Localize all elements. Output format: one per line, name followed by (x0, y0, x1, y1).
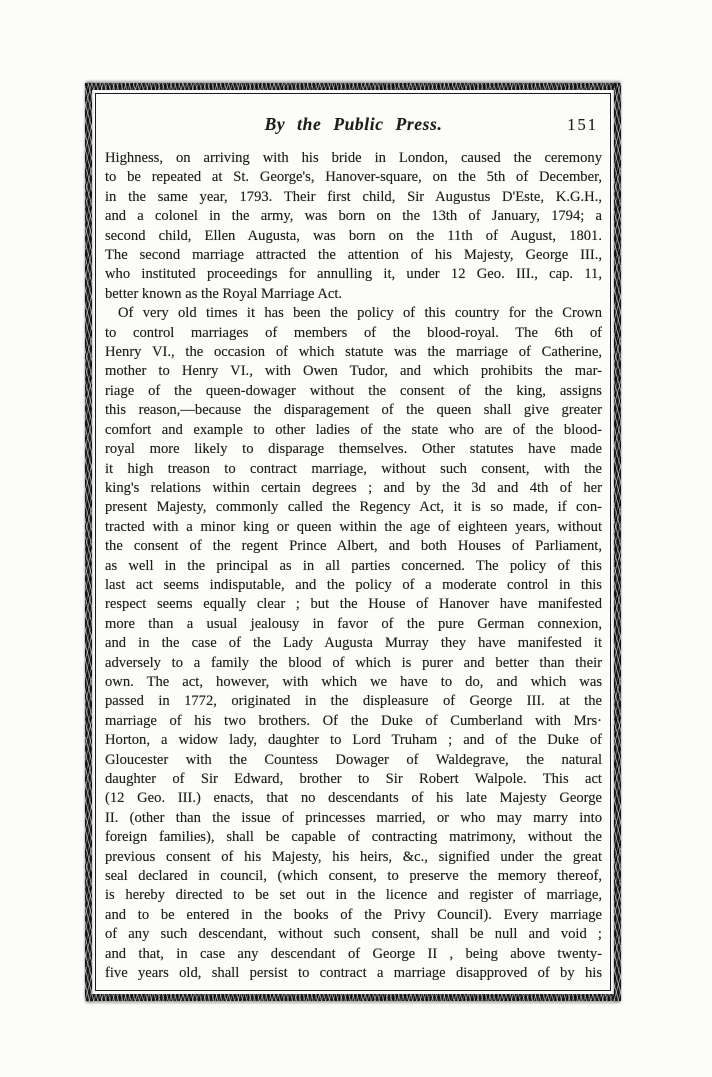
text-line: Of very old times it has been the policy… (105, 304, 602, 323)
text-line: marriage of his two brothers. Of the Duk… (105, 712, 602, 731)
border-ornament-bottom (85, 994, 621, 1001)
text-line: Henry VI., the occasion of which statute… (105, 343, 602, 362)
inner-rule-frame: By the Public Press. 151 Highness, on ar… (95, 93, 611, 991)
running-header: By the Public Press. 151 (107, 114, 600, 135)
text-line: it high treason to contract marriage, wi… (105, 460, 602, 479)
text-block: Highness, on arriving with his bride in … (105, 149, 602, 983)
text-line: second child, Ellen Augusta, was born on… (105, 227, 602, 246)
text-line: The second marriage attracted the attent… (105, 246, 602, 265)
text-line: more than a usual jealousy in favor of t… (105, 615, 602, 634)
text-line: and in the case of the Lady Augusta Murr… (105, 634, 602, 653)
text-line: previous consent of his Majesty, his hei… (105, 848, 602, 867)
text-line: better known as the Royal Marriage Act. (105, 285, 602, 304)
text-line: respect seems equally clear ; but the Ho… (105, 595, 602, 614)
text-line: royal more likely to disparage themselve… (105, 440, 602, 459)
text-line: comfort and example to other ladies of t… (105, 421, 602, 440)
text-line: mother to Henry VI., with Owen Tudor, an… (105, 362, 602, 381)
text-line: (12 Geo. III.) enacts, that no descendan… (105, 789, 602, 808)
text-line: and to be entered in the books of the Pr… (105, 906, 602, 925)
text-line: own. The act, however, with which we hav… (105, 673, 602, 692)
text-line: seal declared in council, (which consent… (105, 867, 602, 886)
text-line: king's relations within certain degrees … (105, 479, 602, 498)
book-page: By the Public Press. 151 Highness, on ar… (0, 0, 712, 1077)
text-line: adversely to a family the blood of which… (105, 654, 602, 673)
text-line: is hereby directed to be set out in the … (105, 886, 602, 905)
border-ornament-right (614, 83, 621, 1001)
text-line: of any such descendant, without such con… (105, 925, 602, 944)
text-line: and that, in case any descendant of Geor… (105, 945, 602, 964)
text-line: in the same year, 1793. Their first chil… (105, 188, 602, 207)
text-line: II. (other than the issue of princesses … (105, 809, 602, 828)
text-line: foreign families), shall be capable of c… (105, 828, 602, 847)
page-title: By the Public Press. (265, 114, 443, 135)
text-line: the consent of the regent Prince Albert,… (105, 537, 602, 556)
text-line: tracted with a minor king or queen withi… (105, 518, 602, 537)
text-line: Horton, a widow lady, daughter to Lord T… (105, 731, 602, 750)
text-line: this reason,—because the disparagement o… (105, 401, 602, 420)
text-line: and a colonel in the army, was born on t… (105, 207, 602, 226)
text-line: passed in 1772, originated in the disple… (105, 692, 602, 711)
border-ornament-top (85, 83, 621, 90)
text-line: as well in the principal as in all parti… (105, 557, 602, 576)
text-line: daughter of Sir Edward, brother to Sir R… (105, 770, 602, 789)
text-line: five years old, shall persist to contrac… (105, 964, 602, 983)
text-line: to control marriages of members of the b… (105, 324, 602, 343)
text-line: who instituted proceedings for annulling… (105, 265, 602, 284)
page-number: 151 (567, 115, 600, 135)
text-line: present Majesty, commonly called the Reg… (105, 498, 602, 517)
ornamental-border: By the Public Press. 151 Highness, on ar… (85, 83, 621, 1001)
text-line: last act seems indisputable, and the pol… (105, 576, 602, 595)
border-ornament-left (85, 83, 92, 1001)
text-line: Highness, on arriving with his bride in … (105, 149, 602, 168)
text-line: Gloucester with the Countess Dowager of … (105, 751, 602, 770)
text-line: riage of the queen-dowager without the c… (105, 382, 602, 401)
text-line: to be repeated at St. George's, Hanover-… (105, 168, 602, 187)
